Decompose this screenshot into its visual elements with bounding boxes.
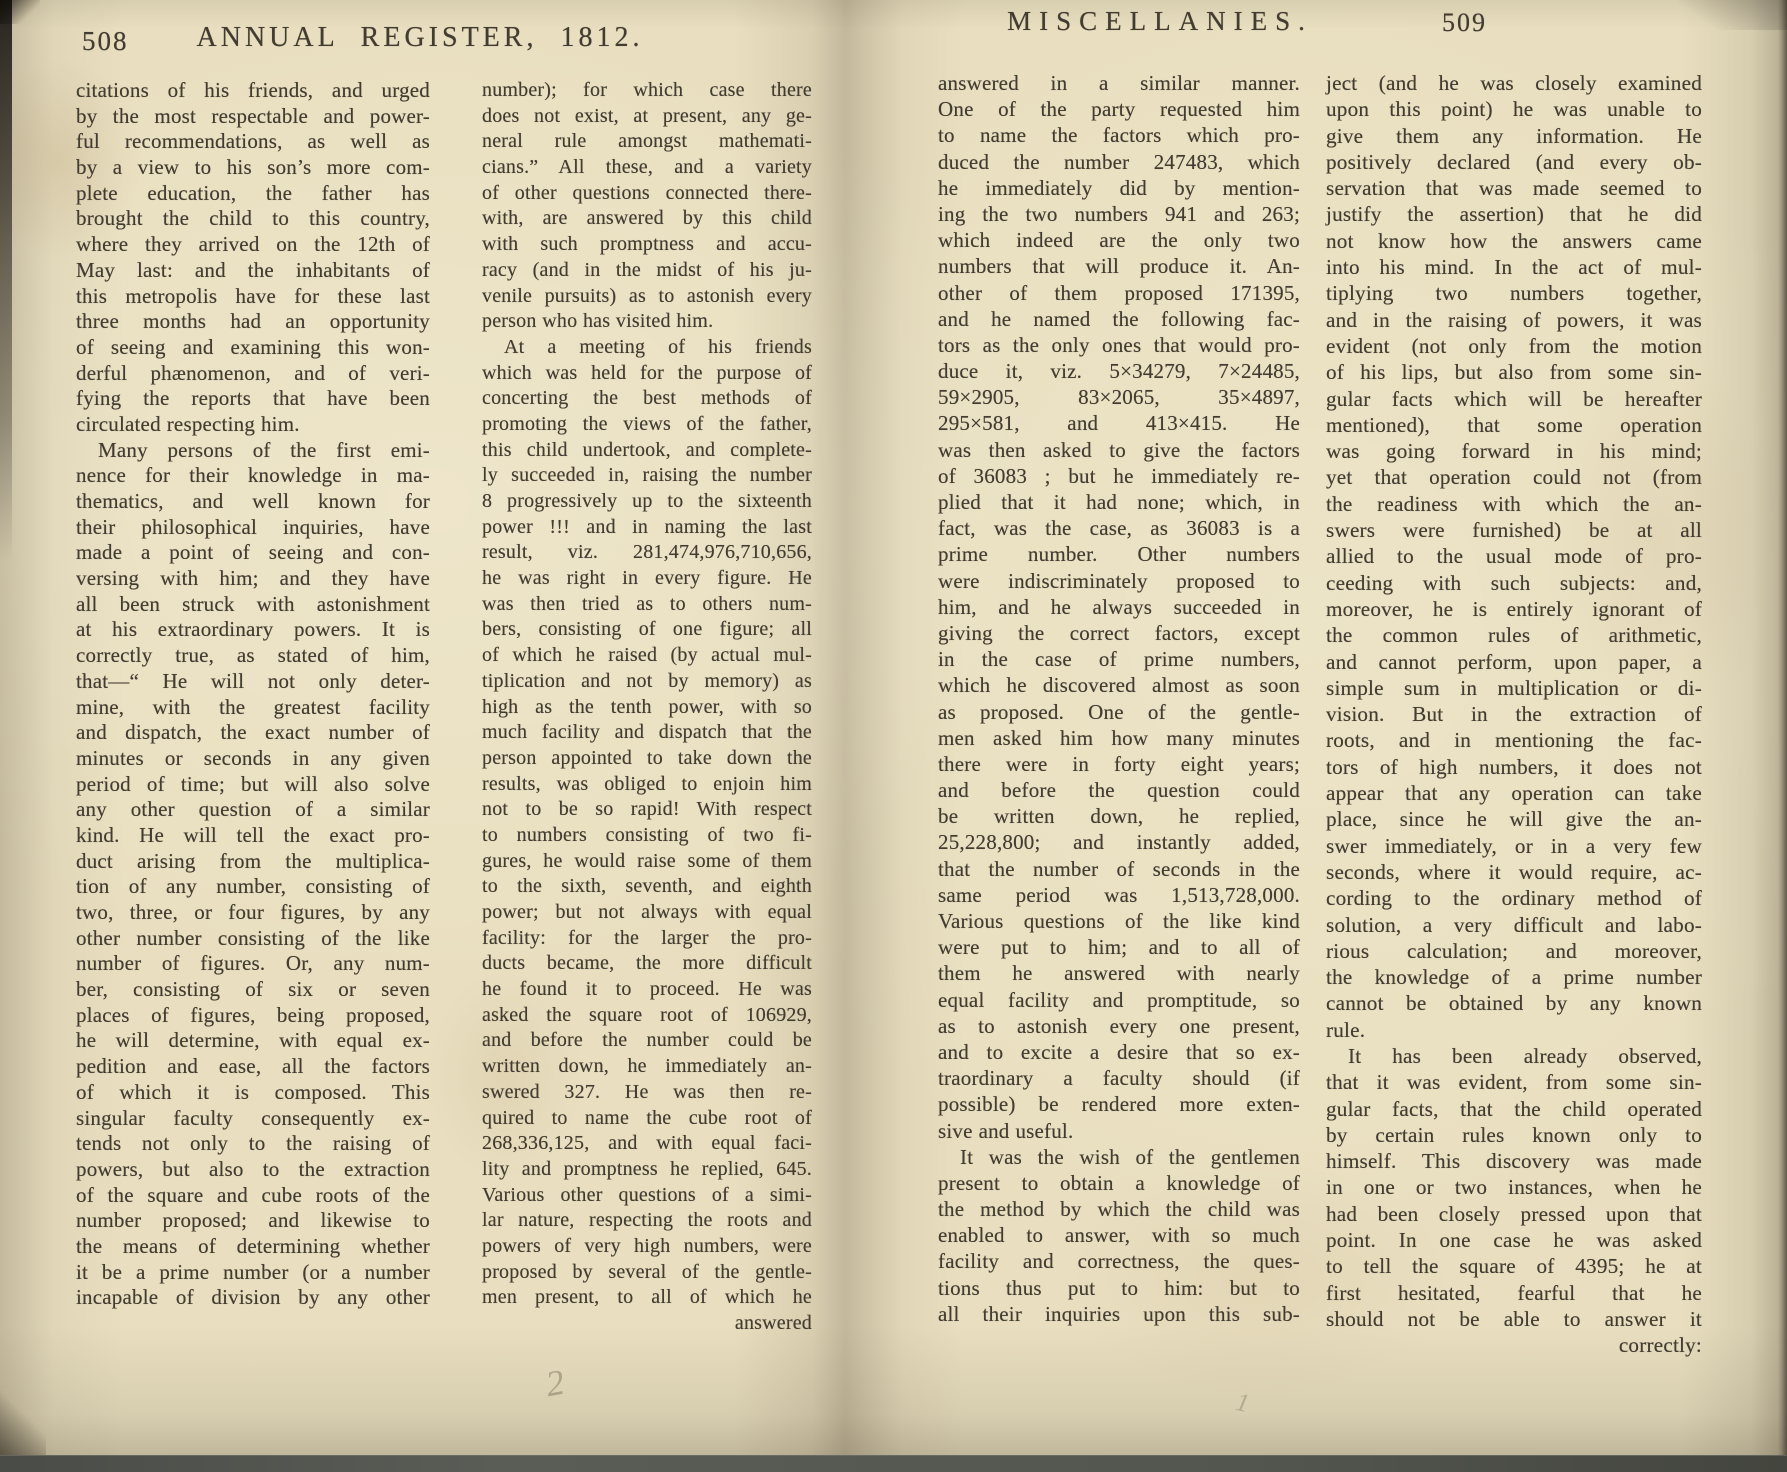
text-line: other of them proposed 171395, — [938, 280, 1300, 306]
text-line: had been closely pressed upon that — [1326, 1201, 1702, 1227]
text-line: positively declared (and every ob- — [1326, 149, 1702, 175]
text-line: ing the two numbers 941 and 263; — [938, 201, 1300, 227]
text-line: nence for their knowledge in ma- — [76, 463, 430, 489]
text-line: possible) be rendered more exten- — [938, 1091, 1300, 1117]
text-line: cording to the ordinary method of — [1326, 885, 1702, 911]
text-line: derful phænomenon, and of veri- — [76, 361, 430, 387]
text-line: made a point of seeing and con- — [76, 540, 430, 566]
text-line: swers were furnished) be at all — [1326, 517, 1702, 543]
text-line: of which it is composed. This — [76, 1080, 430, 1106]
text-line: result, viz. 281,474,976,710,656, — [482, 540, 812, 566]
text-line: and before the number could be — [482, 1028, 812, 1054]
text-line: promoting the views of the father, — [482, 412, 812, 438]
text-line: not to be so rapid! With respect — [482, 797, 812, 823]
text-line: mine, with the greatest facility — [76, 695, 430, 721]
catchword: correctly: — [1326, 1332, 1702, 1358]
text-line: any other question of a similar — [76, 797, 430, 823]
text-line: power !!! and in naming the last — [482, 515, 812, 541]
text-line: tors as the only ones that would pro- — [938, 332, 1300, 358]
running-title: MISCELLANIES. — [985, 6, 1335, 37]
text-line: in the case of prime numbers, — [938, 646, 1300, 672]
text-line: with such promptness and accu- — [482, 232, 812, 258]
text-line: by certain rules known only to — [1326, 1122, 1702, 1148]
text-line: pedition and ease, all the factors — [76, 1054, 430, 1080]
book-scan: 508 ANNUAL REGISTER, 1812. citations of … — [0, 0, 1787, 1472]
text-line: point. In one case he was asked — [1326, 1227, 1702, 1253]
text-line: cannot be obtained by any known — [1326, 990, 1702, 1016]
text-line: facility: for the larger the pro- — [482, 926, 812, 952]
text-line: tion of any number, consisting of — [76, 874, 430, 900]
text-line: rule. — [1326, 1017, 1702, 1043]
text-line: enabled to answer, with so much — [938, 1222, 1300, 1248]
text-line: to the sixth, seventh, and eighth — [482, 874, 812, 900]
text-line: ject (and he was closely examined — [1326, 70, 1702, 96]
text-line: neral rule amongst mathemati- — [482, 129, 812, 155]
text-line: kind. He will tell the exact pro- — [76, 823, 430, 849]
text-line: brought the child to this country, — [76, 206, 430, 232]
text-line: person appointed to take down the — [482, 746, 812, 772]
text-line: lity and promptness he replied, 645. — [482, 1157, 812, 1183]
text-line: giving the correct factors, except — [938, 620, 1300, 646]
text-line: three months had an opportunity — [76, 309, 430, 335]
text-line: which indeed are the only two — [938, 227, 1300, 253]
text-line: into his mind. In the act of mul- — [1326, 254, 1702, 280]
scan-bottom-edge — [0, 1455, 1787, 1472]
text-line: upon this point) he was unable to — [1326, 96, 1702, 122]
text-line: at his extraordinary powers. It is — [76, 617, 430, 643]
text-line: tiplying two numbers together, — [1326, 280, 1702, 306]
text-line: and in the raising of powers, it was — [1326, 307, 1702, 333]
text-line: and he named the following fac- — [938, 306, 1300, 332]
text-line: number of figures. Or, any num- — [76, 951, 430, 977]
text-line: gures, he would raise some of them — [482, 849, 812, 875]
text-line: was then asked to give the factors — [938, 437, 1300, 463]
text-line: him, and he always succeeded in — [938, 594, 1300, 620]
text-line: was then tried as to others num- — [482, 592, 812, 618]
text-line: gular facts which will be hereafter — [1326, 386, 1702, 412]
text-line: them he answered with nearly — [938, 960, 1300, 986]
text-line: ducts became, the more difficult — [482, 951, 812, 977]
text-line: where they arrived on the 12th of — [76, 232, 430, 258]
text-line: asked the square root of 106929, — [482, 1003, 812, 1029]
page-number: 508 — [82, 26, 129, 57]
text-line: as to astonish every one present, — [938, 1013, 1300, 1039]
text-line: quired to name the cube root of — [482, 1106, 812, 1132]
text-line: concerting the best methods of — [482, 386, 812, 412]
text-line: that it was evident, from some sin- — [1326, 1069, 1702, 1095]
text-line: by the most respectable and power- — [76, 104, 430, 130]
text-line: place, since he will give the an- — [1326, 806, 1702, 832]
text-line: numbers that will produce it. An- — [938, 253, 1300, 279]
text-line: answered in a similar manner. — [938, 70, 1300, 96]
text-line: men asked him how many minutes — [938, 725, 1300, 751]
text-line: first hesitated, fearful that he — [1326, 1280, 1702, 1306]
scan-corner-shadow — [0, 0, 40, 24]
text-line: give them any information. He — [1326, 123, 1702, 149]
text-line: was going forward in his mind; — [1326, 438, 1702, 464]
text-line: citations of his friends, and urged — [76, 78, 430, 104]
text-line: which was held for the purpose of — [482, 361, 812, 387]
text-line: himself. This discovery was made — [1326, 1148, 1702, 1174]
text-line: person who has visited him. — [482, 309, 812, 335]
text-line: tions thus put to him: but to — [938, 1275, 1300, 1301]
text-line: fact, was the case, as 36083 is a — [938, 515, 1300, 541]
text-line: servation that was made seemed to — [1326, 175, 1702, 201]
text-line: plete education, the father has — [76, 181, 430, 207]
text-line: their philosophical inquiries, have — [76, 515, 430, 541]
text-line: be written down, he replied, — [938, 803, 1300, 829]
text-line: and cannot perform, upon paper, a — [1326, 649, 1702, 675]
text-line: there were in forty eight years; — [938, 751, 1300, 777]
text-line: were put to him; and to all of — [938, 934, 1300, 960]
text-line: At a meeting of his friends — [482, 335, 812, 361]
text-line: present to obtain a knowledge of — [938, 1170, 1300, 1196]
text-line: to name the factors which pro- — [938, 122, 1300, 148]
text-line: appear that any operation can take — [1326, 780, 1702, 806]
text-line: 268,336,125, and with equal faci- — [482, 1131, 812, 1157]
text-line: seconds, where it would require, ac- — [1326, 859, 1702, 885]
text-line: two, three, or four figures, by any — [76, 900, 430, 926]
text-line: the knowledge of a prime number — [1326, 964, 1702, 990]
text-line: men present, to all of which he — [482, 1285, 812, 1311]
text-line: with, are answered by this child — [482, 206, 812, 232]
text-line: and dispatch, the exact number of — [76, 720, 430, 746]
text-column-2: number); for which case theredoes not ex… — [482, 78, 812, 1337]
text-line: yet that operation could not (from — [1326, 464, 1702, 490]
text-line: ber, consisting of six or seven — [76, 977, 430, 1003]
text-line: powers, but also to the extraction — [76, 1157, 430, 1183]
text-line: allied to the usual mode of pro- — [1326, 543, 1702, 569]
text-line: bers, consisting of one figure; all — [482, 617, 812, 643]
scan-corner-shadow — [1677, 0, 1787, 30]
text-line: swer immediately, or in a very few — [1326, 833, 1702, 859]
text-line: equal facility and promptitude, so — [938, 987, 1300, 1013]
text-line: duct arising from the multiplica- — [76, 849, 430, 875]
text-line: in one or two instances, when he — [1326, 1174, 1702, 1200]
pencil-mark: 1 — [1233, 1387, 1252, 1419]
text-line: to numbers consisting of two fi- — [482, 823, 812, 849]
text-line: lar nature, respecting the roots and — [482, 1208, 812, 1234]
text-line: of which he raised (by actual mul- — [482, 643, 812, 669]
text-line: much facility and dispatch that the — [482, 720, 812, 746]
text-line: Various questions of the like kind — [938, 908, 1300, 934]
text-line: high as the tenth power, with so — [482, 695, 812, 721]
text-line: May last: and the inhabitants of — [76, 258, 430, 284]
text-line: tiplication and not by memory) as — [482, 669, 812, 695]
text-line: same period was 1,513,728,000. — [938, 882, 1300, 908]
text-column-4: ject (and he was closely examinedupon th… — [1326, 70, 1702, 1359]
text-line: this child undertook, and complete- — [482, 438, 812, 464]
text-line: Many persons of the first emi- — [76, 438, 430, 464]
text-line: results, was obliged to enjoin him — [482, 772, 812, 798]
text-line: correctly true, as stated of him, — [76, 643, 430, 669]
text-line: as proposed. One of the gentle- — [938, 699, 1300, 725]
text-line: minutes or seconds in any given — [76, 746, 430, 772]
text-line: that the number of seconds in the — [938, 856, 1300, 882]
text-line: number proposed; and likewise to — [76, 1208, 430, 1234]
text-line: duced the number 247483, which — [938, 149, 1300, 175]
text-line: this metropolis have for these last — [76, 284, 430, 310]
text-line: It has been already observed, — [1326, 1043, 1702, 1069]
text-line: sive and useful. — [938, 1118, 1300, 1144]
text-line: evident (not only from the motion — [1326, 333, 1702, 359]
text-line: of seeing and examining this won- — [76, 335, 430, 361]
text-line: written down, he immediately an- — [482, 1054, 812, 1080]
text-line: and to excite a desire that so ex- — [938, 1039, 1300, 1065]
text-line: rious calculation; and moreover, — [1326, 938, 1702, 964]
text-line: powers of very high numbers, were — [482, 1234, 812, 1260]
text-line: places of figures, being proposed, — [76, 1003, 430, 1029]
text-line: roots, and in mentioning the fac- — [1326, 727, 1702, 753]
text-line: vision. But in the extraction of — [1326, 701, 1702, 727]
text-line: justify the assertion) that he did — [1326, 201, 1702, 227]
text-column-3: answered in a similar manner.One of the … — [938, 70, 1300, 1327]
text-line: should not be able to answer it — [1326, 1306, 1702, 1332]
text-line: were indiscriminately proposed to — [938, 568, 1300, 594]
text-line: number); for which case there — [482, 78, 812, 104]
text-line: other number consisting of the like — [76, 926, 430, 952]
text-line: tends not only to the raising of — [76, 1131, 430, 1157]
text-line: the method by which the child was — [938, 1196, 1300, 1222]
text-line: period of time; but will also solve — [76, 772, 430, 798]
text-line: he will determine, with equal ex- — [76, 1028, 430, 1054]
text-line: It was the wish of the gentlemen — [938, 1144, 1300, 1170]
text-line: traordinary a faculty should (if — [938, 1065, 1300, 1091]
text-line: fying the reports that have been — [76, 386, 430, 412]
text-line: and before the question could — [938, 777, 1300, 803]
text-line: 295×581, and 413×415. He — [938, 410, 1300, 436]
text-line: he was right in every figure. He — [482, 566, 812, 592]
running-title: ANNUAL REGISTER, 1812. — [190, 22, 650, 54]
text-line: venile pursuits) as to astonish every — [482, 284, 812, 310]
text-line: singular faculty consequently ex- — [76, 1106, 430, 1132]
scan-corner-shadow — [0, 1388, 46, 1458]
text-line: of other questions connected there- — [482, 181, 812, 207]
text-line: of his lips, but also from some sin- — [1326, 359, 1702, 385]
text-line: facility and correctness, the ques- — [938, 1248, 1300, 1274]
text-line: swered 327. He was then re- — [482, 1080, 812, 1106]
text-line: 59×2905, 83×2065, 35×4897, — [938, 384, 1300, 410]
text-line: versing with him; and they have — [76, 566, 430, 592]
text-line: One of the party requested him — [938, 96, 1300, 122]
text-line: ful recommendations, as well as — [76, 129, 430, 155]
text-line: gular facts, that the child operated — [1326, 1096, 1702, 1122]
pencil-mark: 2 — [542, 1361, 567, 1405]
text-line: incapable of division by any other — [76, 1285, 430, 1311]
scan-left-edge-shadow — [0, 0, 12, 560]
catchword: answered — [482, 1311, 812, 1337]
text-line: Various other questions of a simi- — [482, 1183, 812, 1209]
text-line: simple sum in multiplication or di- — [1326, 675, 1702, 701]
text-line: all been struck with astonishment — [76, 592, 430, 618]
text-line: that—“ He will not only deter- — [76, 669, 430, 695]
text-line: to tell the square of 4395; he at — [1326, 1253, 1702, 1279]
scan-right-edge-shadow — [1778, 0, 1787, 1472]
text-line: plied that it had none; which, in — [938, 489, 1300, 515]
text-line: it be a prime number (or a number — [76, 1260, 430, 1286]
text-line: moreover, he is entirely ignorant of — [1326, 596, 1702, 622]
page-number: 509 — [1442, 8, 1487, 38]
text-line: by a view to his son’s more com- — [76, 155, 430, 181]
text-line: which he discovered almost as soon — [938, 672, 1300, 698]
text-line: solution, a very difficult and labo- — [1326, 912, 1702, 938]
text-line: circulated respecting him. — [76, 412, 430, 438]
text-line: ly succeeded in, raising the number — [482, 463, 812, 489]
text-line: of 36083 ; but he immediately re- — [938, 463, 1300, 489]
text-line: power; but not always with equal — [482, 900, 812, 926]
text-line: of the square and cube roots of the — [76, 1183, 430, 1209]
text-line: cians.” All these, and a variety — [482, 155, 812, 181]
text-line: does not exist, at present, any ge- — [482, 104, 812, 130]
text-column-1: citations of his friends, and urgedby th… — [76, 78, 430, 1311]
text-line: 8 progressively up to the sixteenth — [482, 489, 812, 515]
text-line: duce it, viz. 5×34279, 7×24485, — [938, 358, 1300, 384]
text-line: the means of determining whether — [76, 1234, 430, 1260]
text-line: 25,228,800; and instantly added, — [938, 829, 1300, 855]
text-line: ceeding with such subjects: and, — [1326, 570, 1702, 596]
text-line: the common rules of arithmetic, — [1326, 622, 1702, 648]
text-line: thematics, and well known for — [76, 489, 430, 515]
text-line: prime number. Other numbers — [938, 541, 1300, 567]
text-line: he immediately did by mention- — [938, 175, 1300, 201]
text-line: proposed by several of the gentle- — [482, 1260, 812, 1286]
text-line: not know how the answers came — [1326, 228, 1702, 254]
text-line: all their inquiries upon this sub- — [938, 1301, 1300, 1327]
text-line: the readiness with which the an- — [1326, 491, 1702, 517]
text-line: he found it to proceed. He was — [482, 977, 812, 1003]
text-line: mentioned), that some operation — [1326, 412, 1702, 438]
text-line: racy (and in the midst of his ju- — [482, 258, 812, 284]
text-line: tors of high numbers, it does not — [1326, 754, 1702, 780]
